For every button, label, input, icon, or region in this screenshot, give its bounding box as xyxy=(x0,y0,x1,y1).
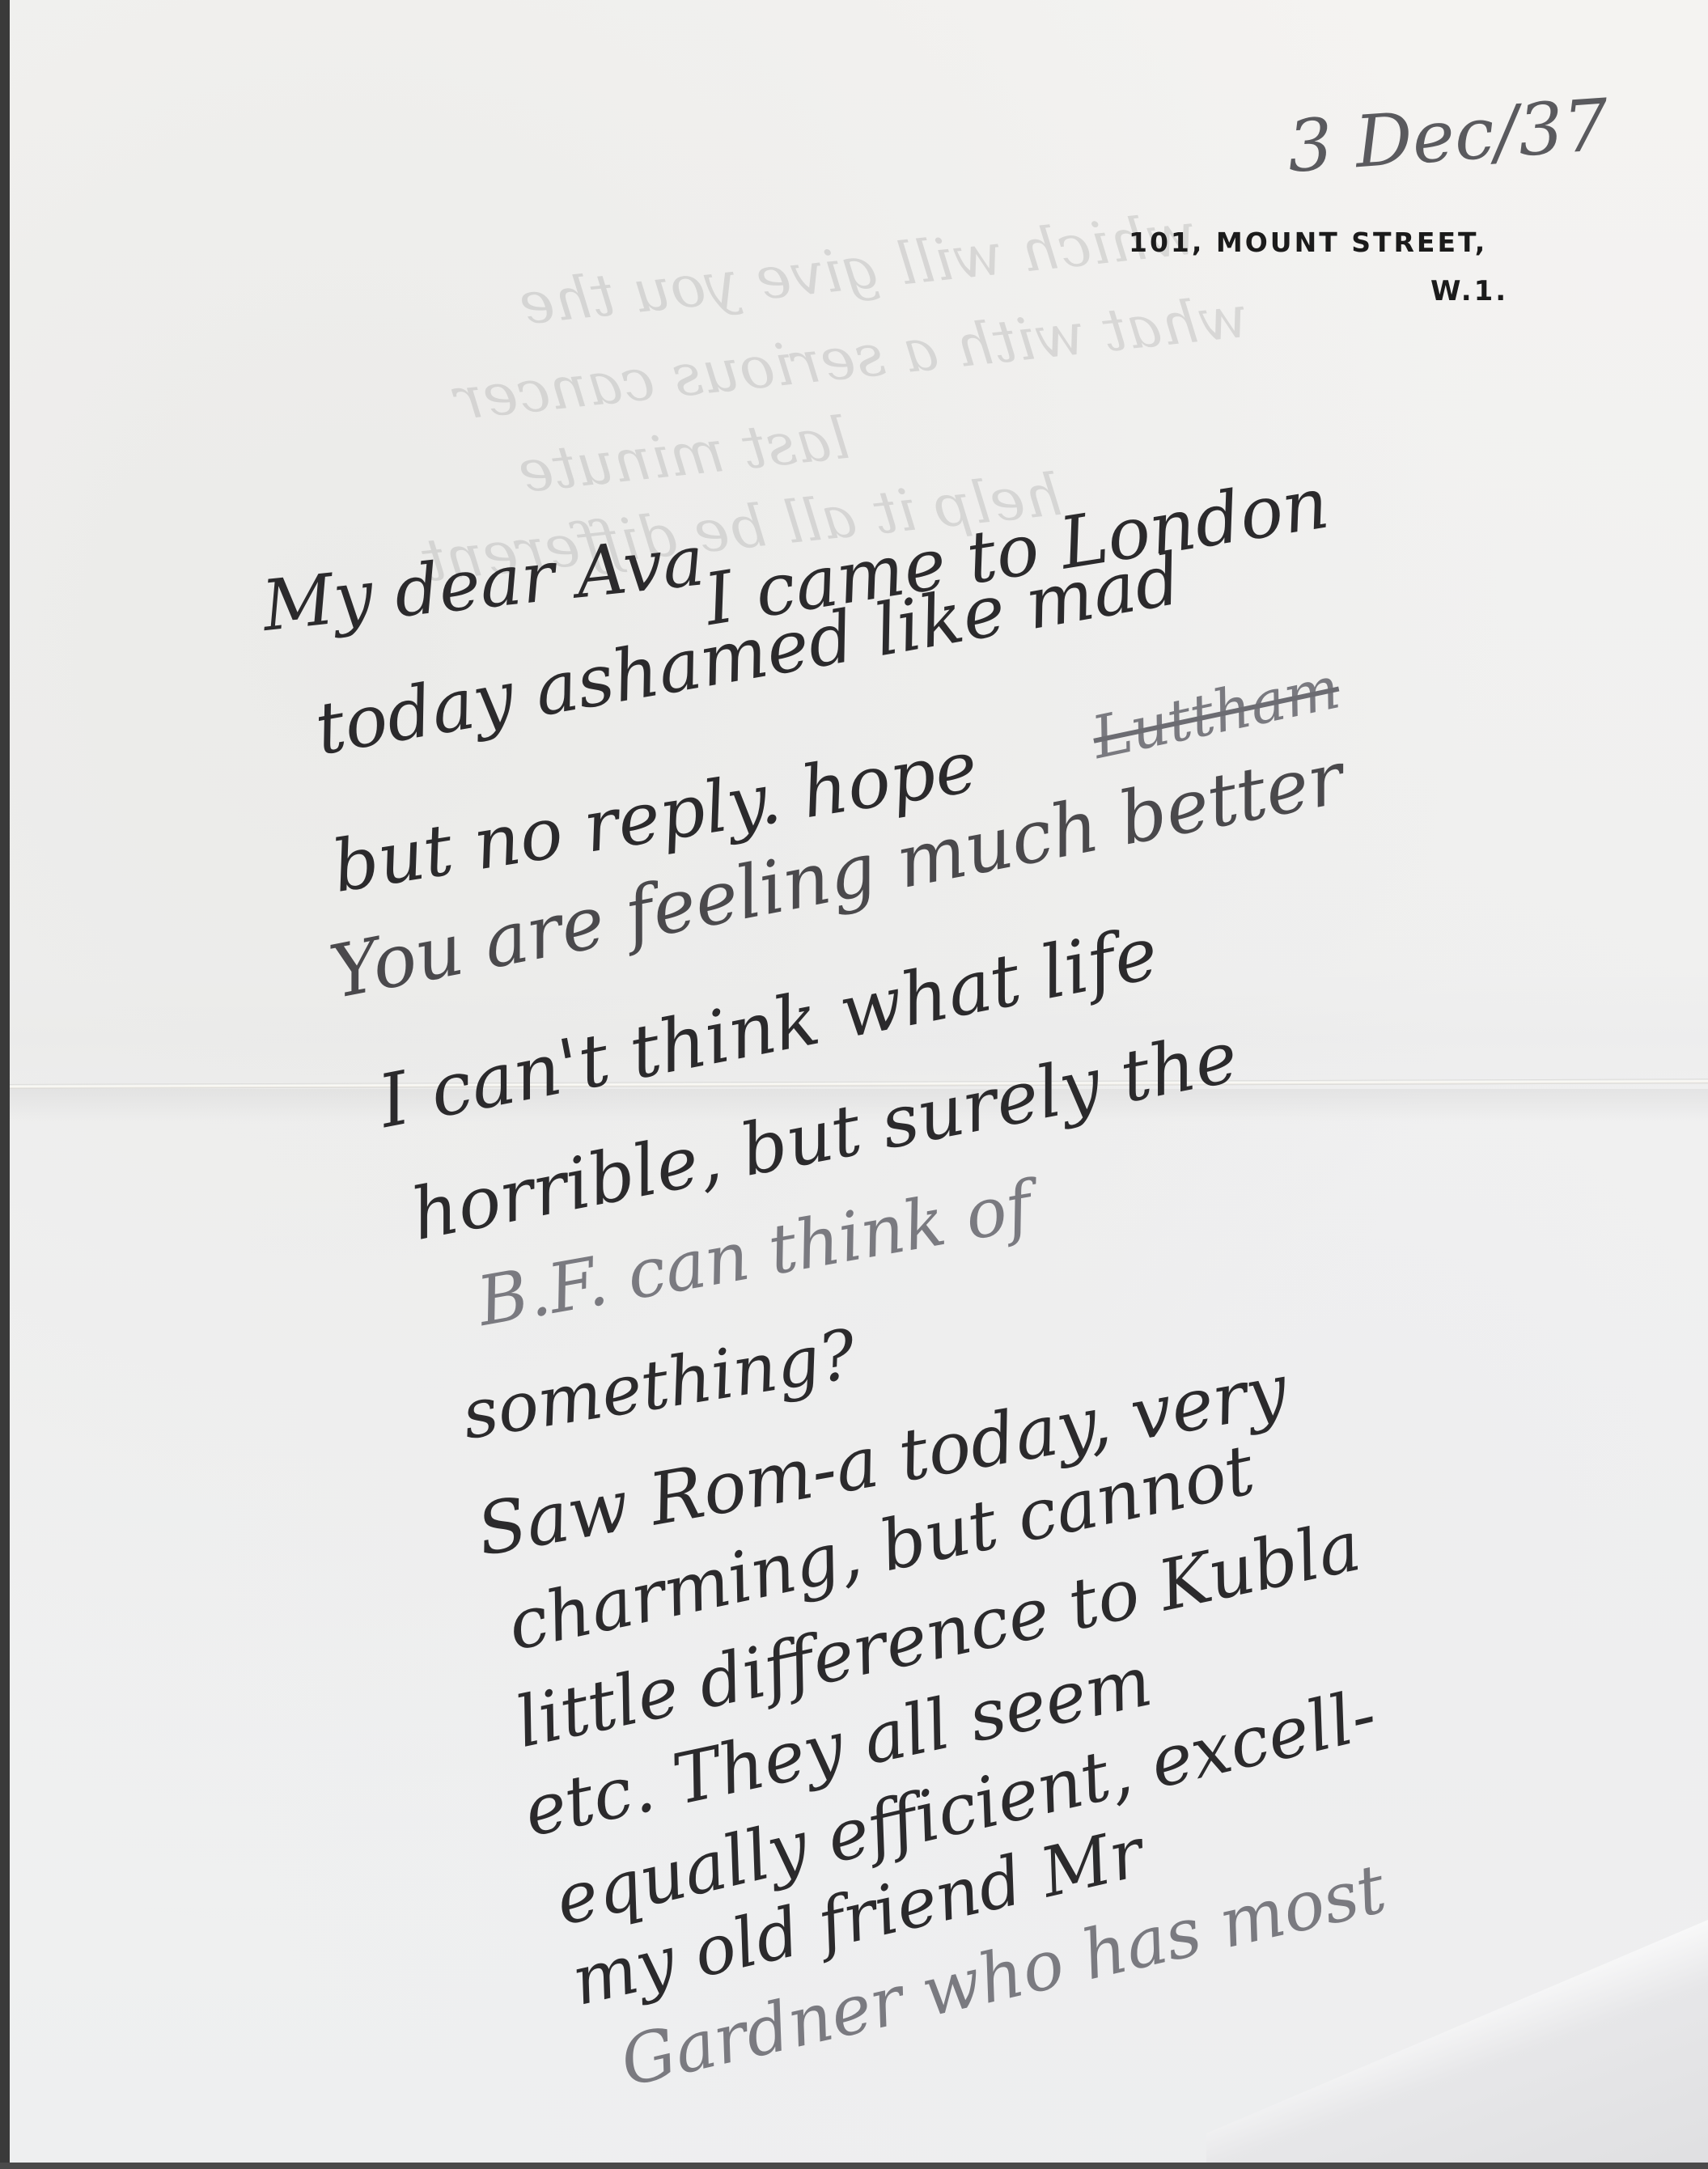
letterhead-street: 101, Mount Street, xyxy=(1129,227,1487,258)
scan-edge-left xyxy=(0,0,10,2169)
letterhead-district: W.1. xyxy=(1430,275,1508,307)
scan-edge-bottom xyxy=(0,2163,1708,2169)
